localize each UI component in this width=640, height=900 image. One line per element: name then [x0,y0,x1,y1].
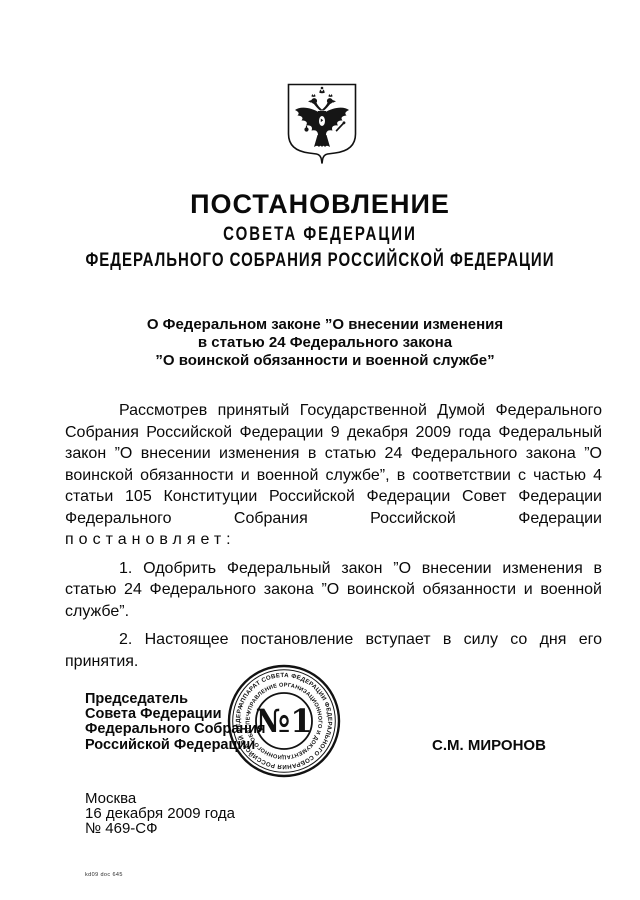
official-round-stamp: АППАРАТ СОВЕТА ФЕДЕРАЦИИ ФЕДЕРАЛЬНОГО СО… [222,659,346,783]
footer-document-number: № 469-СФ [85,822,235,837]
decree-emphasis-word: постановляет: [65,531,236,548]
subject-line-1: О Федеральном законе ”О внесении изменен… [65,316,585,334]
subtitle-federalnogo-sobraniya: ФЕДЕРАЛЬНОГО СОБРАНИЯ РОССИЙСКОЙ ФЕДЕРАЦ… [86,249,555,271]
preamble-paragraph: Рассмотрев принятый Государственной Думо… [65,400,602,551]
resolution-item-1: 1. Одобрить Федеральный закон ”О внесени… [65,558,602,623]
coat-of-arms-emblem [287,83,357,167]
document-page: ПОСТАНОВЛЕНИЕ СОВЕТА ФЕДЕРАЦИИ ФЕДЕРАЛЬН… [0,0,640,900]
subject-line-2: в статью 24 Федерального закона [65,334,585,352]
subject-line-3: ”О воинской обязанности и военной службе… [65,352,585,370]
stamp-icon: АППАРАТ СОВЕТА ФЕДЕРАЦИИ ФЕДЕРАЛЬНОГО СО… [222,659,346,783]
document-title: ПОСТАНОВЛЕНИЕ [0,189,640,220]
subject-heading: О Федеральном законе ”О внесении изменен… [65,316,585,370]
document-body: Рассмотрев принятый Государственной Думо… [65,400,602,672]
stamp-center-number: №1 [255,702,312,740]
preamble-text: Рассмотрев принятый Государственной Думо… [65,402,602,527]
subtitle-soveta-federacii: СОВЕТА ФЕДЕРАЦИИ [223,223,417,245]
place-date-number-block: Москва 16 декабря 2009 года № 469-СФ [85,792,235,836]
subtitle-line-1-wrap: СОВЕТА ФЕДЕРАЦИИ [0,223,640,241]
russian-eagle-shield-icon [287,83,357,167]
signer-name: С.М. МИРОНОВ [432,737,546,754]
file-reference-note: kd09 doc 645 [85,872,123,878]
subtitle-line-2-wrap: ФЕДЕРАЛЬНОГО СОБРАНИЯ РОССИЙСКОЙ ФЕДЕРАЦ… [0,249,640,267]
